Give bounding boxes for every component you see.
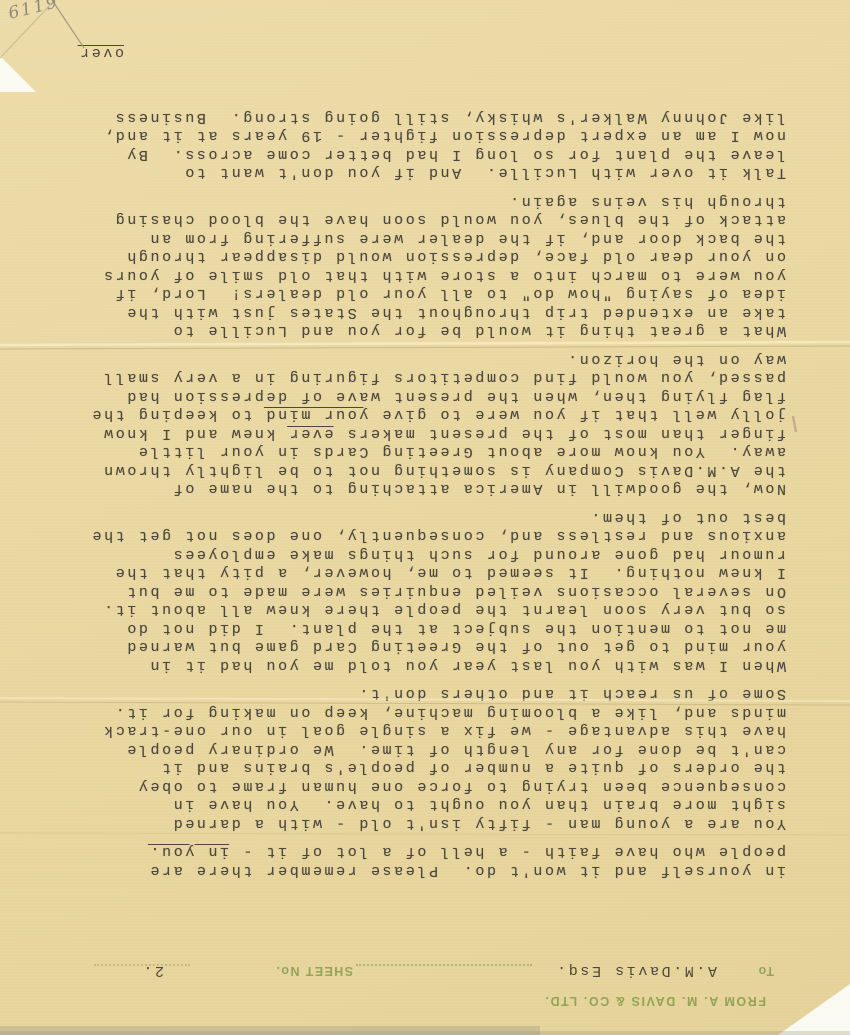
letter-paragraph: Talk it over with Lucille. And if you do… [46, 108, 786, 182]
over-label: over [78, 44, 124, 61]
letter-paragraph: in yourself and it won't do. Please reme… [46, 842, 786, 879]
scanned-letter-page: { "colors": { "paper": "#e8d6a0", "print… [0, 0, 850, 1035]
letter-paragraph: Now, the goodwill in America attaching t… [46, 350, 786, 498]
letter-paragraph: What a great thing it would be for you a… [46, 192, 786, 340]
letter-paragraph: When I was with you last year you told m… [46, 508, 786, 675]
letter-body: in yourself and it won't do. Please reme… [46, 98, 786, 880]
to-value: A.M.Davis Esq. [555, 962, 717, 979]
letterhead-address-row: To A.M.Davis Esq. SHEET No. 2. [0, 959, 850, 979]
letter-paragraph: You are a young man - fifty isn't old - … [46, 684, 786, 832]
to-label: To [758, 964, 774, 978]
rotated-letter-sheet: FROM A. M. DAVIS & CO. LTD. To A.M.Davis… [0, 0, 850, 1035]
sheet-no-value: 2. [141, 962, 164, 979]
sheet-no-label: SHEET No. [275, 964, 353, 978]
letterhead-from-line: FROM A. M. DAVIS & CO. LTD. [544, 994, 766, 1008]
dotted-rule-addressee [356, 964, 532, 966]
